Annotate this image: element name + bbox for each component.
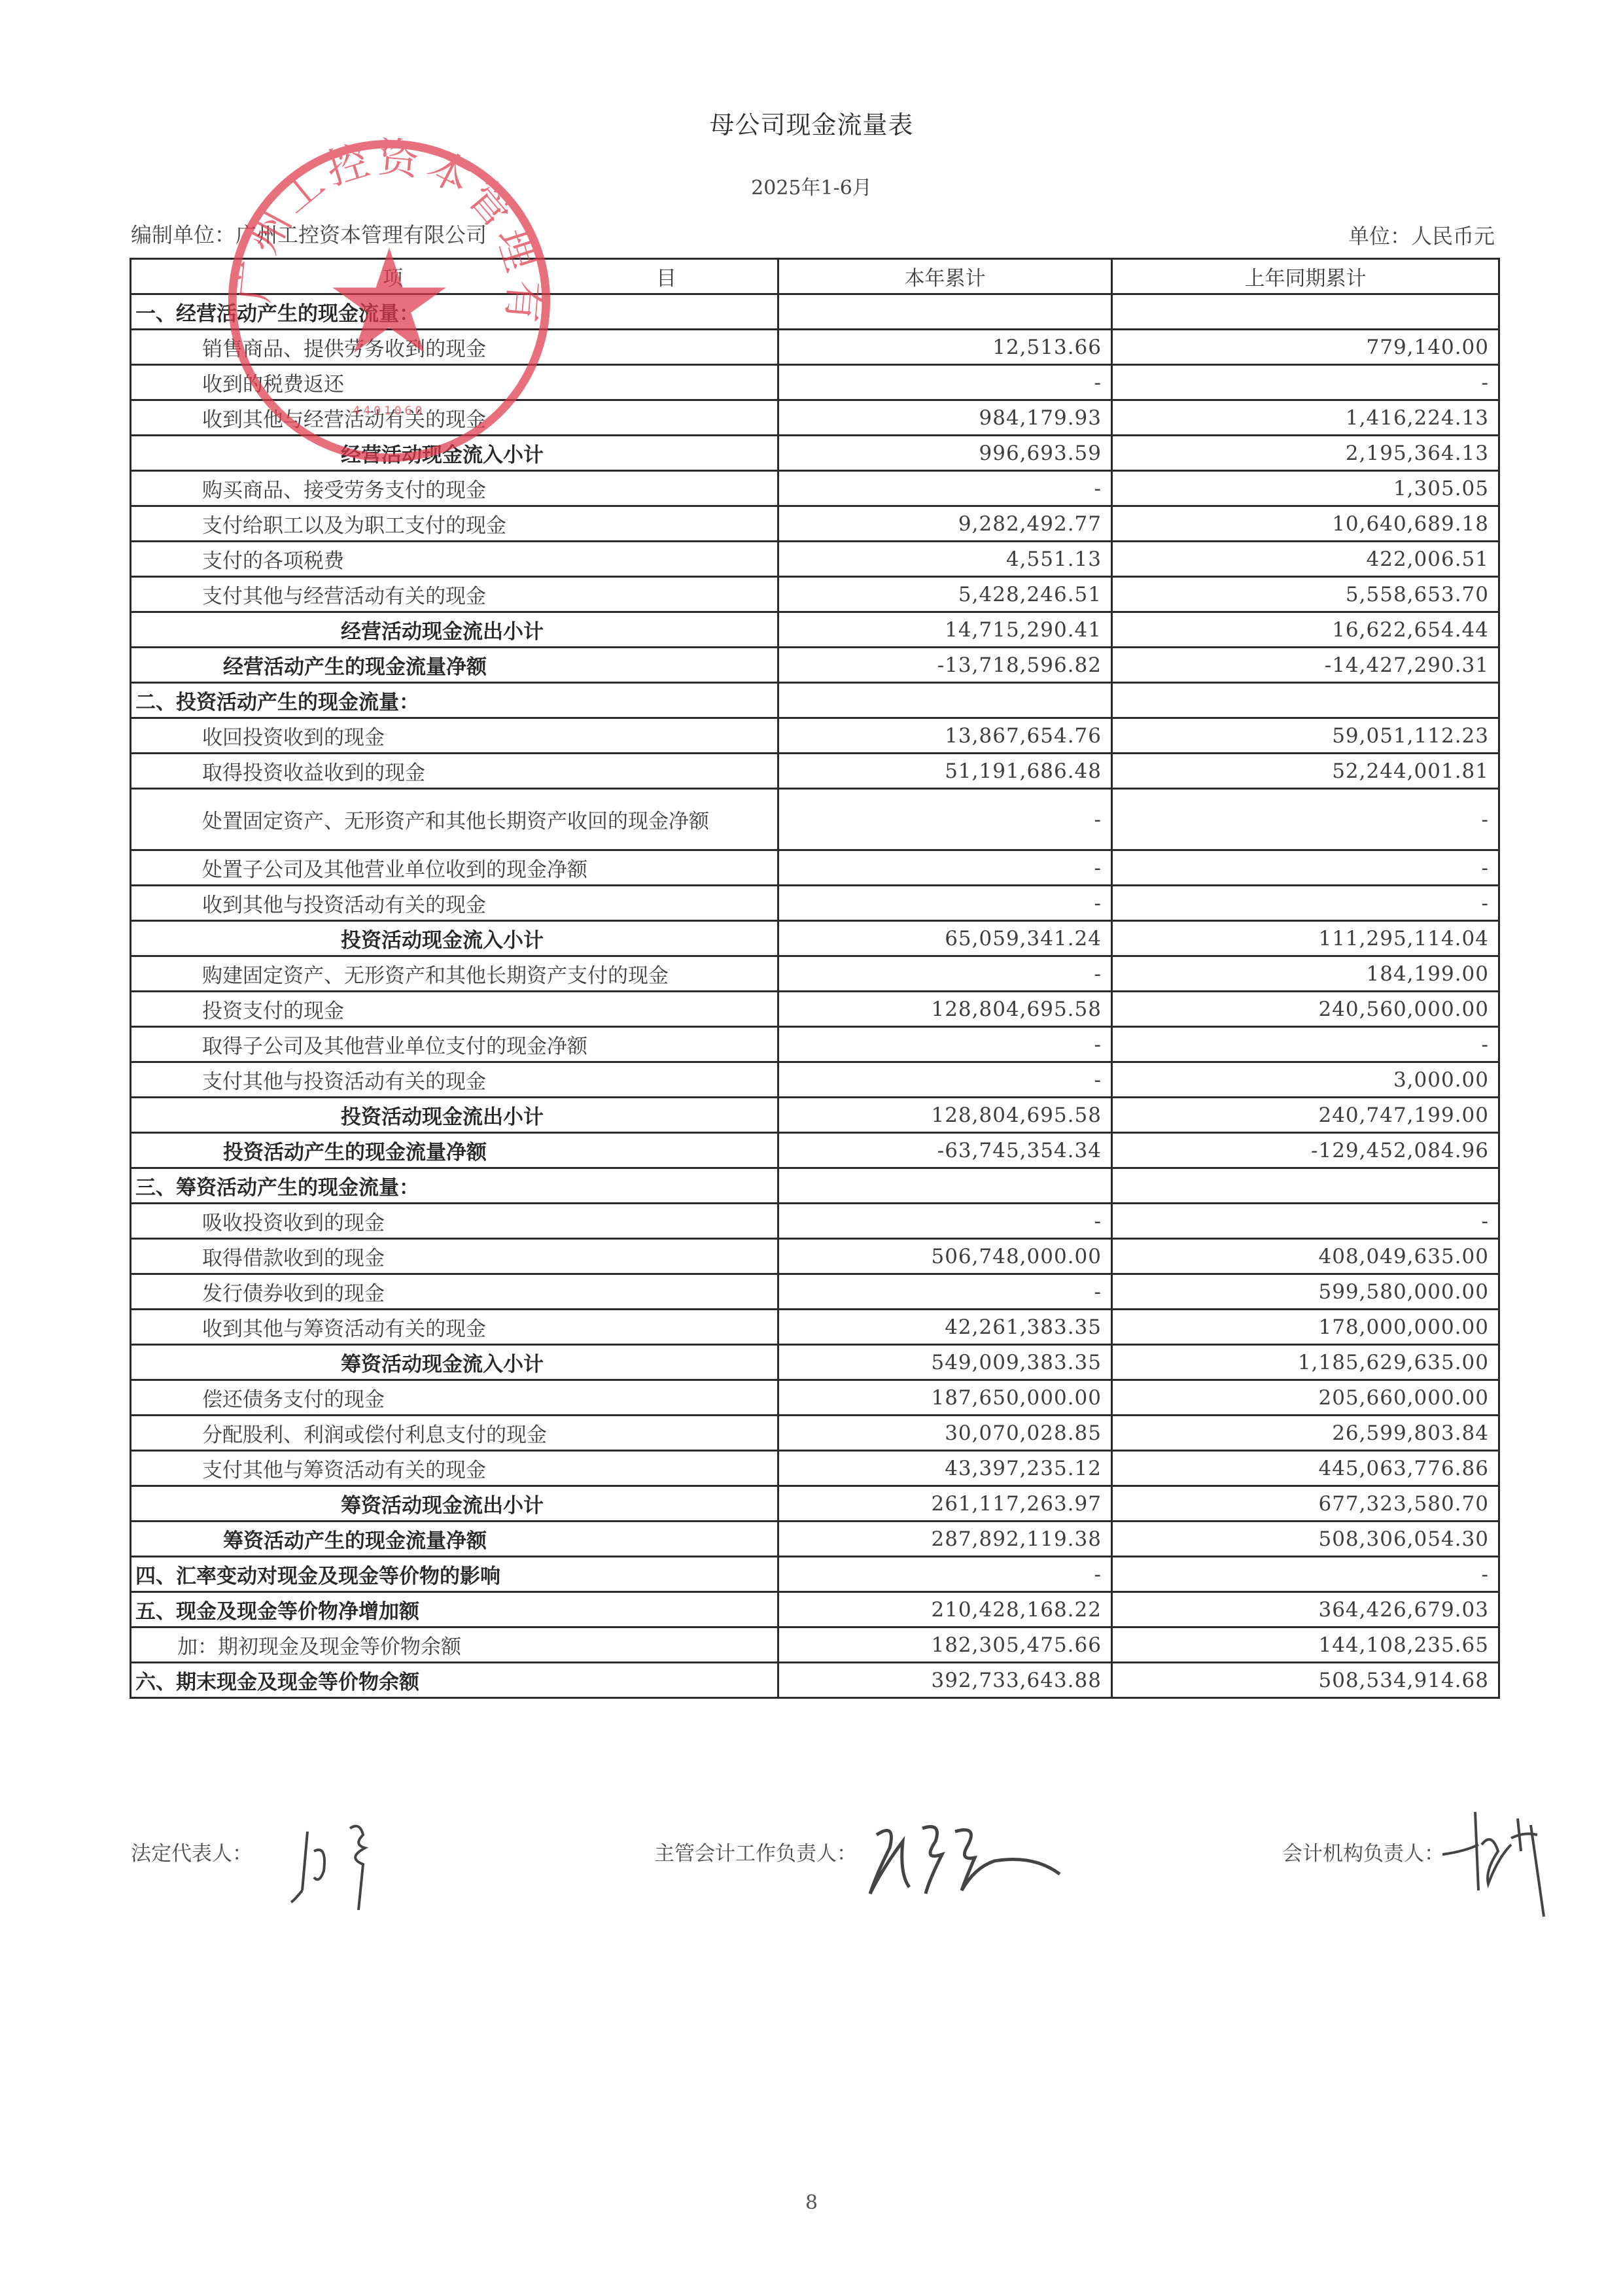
- row-current-value: 51,191,686.48: [778, 754, 1112, 789]
- table-row: 投资支付的现金128,804,695.58240,560,000.00: [131, 992, 1499, 1027]
- row-prior-value: 111,295,114.04: [1112, 921, 1499, 956]
- row-prior-value: -: [1112, 1027, 1499, 1062]
- table-row: 取得子公司及其他营业单位支付的现金净额--: [131, 1027, 1499, 1062]
- row-current-value: -13,718,596.82: [778, 648, 1112, 683]
- row-label: 收到其他与投资活动有关的现金: [131, 886, 778, 921]
- table-row: 支付其他与筹资活动有关的现金43,397,235.12445,063,776.8…: [131, 1451, 1499, 1486]
- row-current-value: 506,748,000.00: [778, 1239, 1112, 1274]
- row-label: 五、现金及现金等价物净增加额: [131, 1592, 778, 1627]
- row-prior-value: -: [1112, 365, 1499, 400]
- table-row: 收到其他与投资活动有关的现金--: [131, 886, 1499, 921]
- row-prior-value: [1112, 1168, 1499, 1204]
- row-current-value: 65,059,341.24: [778, 921, 1112, 956]
- row-label: 取得投资收益收到的现金: [131, 754, 778, 789]
- row-current-value: -: [778, 789, 1112, 850]
- row-label: 吸收投资收到的现金: [131, 1204, 778, 1239]
- row-current-value: 996,693.59: [778, 436, 1112, 471]
- row-prior-value: 779,140.00: [1112, 330, 1499, 365]
- table-row: 处置子公司及其他营业单位收到的现金净额--: [131, 850, 1499, 886]
- row-current-value: 5,428,246.51: [778, 577, 1112, 612]
- row-label: 筹资活动现金流入小计: [131, 1345, 778, 1380]
- row-current-value: -: [778, 850, 1112, 886]
- table-row: 处置固定资产、无形资产和其他长期资产收回的现金净额--: [131, 789, 1499, 850]
- row-label: 收到的税费返还: [131, 365, 778, 400]
- row-label: 销售商品、提供劳务收到的现金: [131, 330, 778, 365]
- cash-flow-table: 项 目 本年累计 上年同期累计 一、经营活动产生的现金流量：销售商品、提供劳务收…: [130, 258, 1500, 1699]
- table-row: 收到的税费返还--: [131, 365, 1499, 400]
- table-row: 一、经营活动产生的现金流量：: [131, 294, 1499, 330]
- row-prior-value: -: [1112, 789, 1499, 850]
- preparer-label: 编制单位：: [131, 222, 236, 247]
- row-label: 投资活动产生的现金流量净额: [131, 1133, 778, 1168]
- preparer-line: 编制单位：广州工控资本管理有限公司: [131, 218, 487, 249]
- row-current-value: [778, 294, 1112, 330]
- row-prior-value: 10,640,689.18: [1112, 506, 1499, 542]
- table-row: 购买商品、接受劳务支付的现金-1,305.05: [131, 471, 1499, 506]
- row-prior-value: [1112, 294, 1499, 330]
- row-current-value: 984,179.93: [778, 400, 1112, 436]
- table-row: 销售商品、提供劳务收到的现金12,513.66779,140.00: [131, 330, 1499, 365]
- row-prior-value: 178,000,000.00: [1112, 1310, 1499, 1345]
- header-current-period: 本年累计: [778, 259, 1112, 294]
- row-prior-value: -: [1112, 850, 1499, 886]
- table-row: 收回投资收到的现金13,867,654.7659,051,112.23: [131, 718, 1499, 754]
- row-current-value: 13,867,654.76: [778, 718, 1112, 754]
- row-prior-value: 2,195,364.13: [1112, 436, 1499, 471]
- table-row: 经营活动现金流出小计14,715,290.4116,622,654.44: [131, 612, 1499, 648]
- row-current-value: 287,892,119.38: [778, 1522, 1112, 1557]
- row-prior-value: -: [1112, 1204, 1499, 1239]
- row-current-value: 549,009,383.35: [778, 1345, 1112, 1380]
- table-row: 二、投资活动产生的现金流量：: [131, 683, 1499, 718]
- row-current-value: -: [778, 1557, 1112, 1592]
- row-prior-value: 26,599,803.84: [1112, 1416, 1499, 1451]
- row-label: 取得借款收到的现金: [131, 1239, 778, 1274]
- row-label: 支付的各项税费: [131, 542, 778, 577]
- row-label: 取得子公司及其他营业单位支付的现金净额: [131, 1027, 778, 1062]
- row-label: 经营活动现金流入小计: [131, 436, 778, 471]
- row-label: 投资活动现金流入小计: [131, 921, 778, 956]
- document-title: 母公司现金流量表: [0, 105, 1623, 141]
- table-header-row: 项 目 本年累计 上年同期累计: [131, 259, 1499, 294]
- row-prior-value: -: [1112, 1557, 1499, 1592]
- row-current-value: 43,397,235.12: [778, 1451, 1112, 1486]
- row-current-value: -: [778, 1204, 1112, 1239]
- row-prior-value: 16,622,654.44: [1112, 612, 1499, 648]
- table-row: 筹资活动现金流出小计261,117,263.97677,323,580.70: [131, 1486, 1499, 1522]
- table-row: 筹资活动现金流入小计549,009,383.351,185,629,635.00: [131, 1345, 1499, 1380]
- row-current-value: 128,804,695.58: [778, 992, 1112, 1027]
- row-prior-value: -14,427,290.31: [1112, 648, 1499, 683]
- row-prior-value: 408,049,635.00: [1112, 1239, 1499, 1274]
- row-current-value: 187,650,000.00: [778, 1380, 1112, 1416]
- row-prior-value: 52,244,001.81: [1112, 754, 1499, 789]
- row-current-value: 182,305,475.66: [778, 1627, 1112, 1663]
- row-current-value: [778, 1168, 1112, 1204]
- table-row: 取得借款收到的现金506,748,000.00408,049,635.00: [131, 1239, 1499, 1274]
- row-label: 筹资活动现金流出小计: [131, 1486, 778, 1522]
- row-current-value: 392,733,643.88: [778, 1663, 1112, 1698]
- row-label: 分配股利、利润或偿付利息支付的现金: [131, 1416, 778, 1451]
- accounting-head-signature: [1439, 1805, 1570, 1923]
- row-label: 三、筹资活动产生的现金流量：: [131, 1168, 778, 1204]
- row-label: 投资活动现金流出小计: [131, 1098, 778, 1133]
- header-prior-period: 上年同期累计: [1112, 259, 1499, 294]
- row-prior-value: 205,660,000.00: [1112, 1380, 1499, 1416]
- row-current-value: 210,428,168.22: [778, 1592, 1112, 1627]
- reporting-period: 2025年1-6月: [0, 171, 1623, 200]
- table-row: 分配股利、利润或偿付利息支付的现金30,070,028.8526,599,803…: [131, 1416, 1499, 1451]
- row-current-value: -: [778, 1062, 1112, 1098]
- row-label: 偿还债务支付的现金: [131, 1380, 778, 1416]
- row-current-value: -63,745,354.34: [778, 1133, 1112, 1168]
- table-row: 四、汇率变动对现金及现金等价物的影响--: [131, 1557, 1499, 1592]
- row-current-value: 9,282,492.77: [778, 506, 1112, 542]
- table-row: 收到其他与经营活动有关的现金984,179.931,416,224.13: [131, 400, 1499, 436]
- row-current-value: -: [778, 365, 1112, 400]
- row-prior-value: -: [1112, 886, 1499, 921]
- row-current-value: 30,070,028.85: [778, 1416, 1112, 1451]
- row-prior-value: 422,006.51: [1112, 542, 1499, 577]
- row-label: 二、投资活动产生的现金流量：: [131, 683, 778, 718]
- row-current-value: 14,715,290.41: [778, 612, 1112, 648]
- row-label: 收回投资收到的现金: [131, 718, 778, 754]
- header-item: 项 目: [131, 259, 778, 294]
- row-prior-value: 184,199.00: [1112, 956, 1499, 992]
- row-label: 四、汇率变动对现金及现金等价物的影响: [131, 1557, 778, 1592]
- row-current-value: 128,804,695.58: [778, 1098, 1112, 1133]
- table-row: 六、期末现金及现金等价物余额392,733,643.88508,534,914.…: [131, 1663, 1499, 1698]
- row-current-value: 4,551.13: [778, 542, 1112, 577]
- row-label: 加：期初现金及现金等价物余额: [131, 1627, 778, 1663]
- row-current-value: 261,117,263.97: [778, 1486, 1112, 1522]
- row-current-value: -: [778, 1027, 1112, 1062]
- table-row: 吸收投资收到的现金--: [131, 1204, 1499, 1239]
- table-row: 支付给职工以及为职工支付的现金9,282,492.7710,640,689.18: [131, 506, 1499, 542]
- row-prior-value: 144,108,235.65: [1112, 1627, 1499, 1663]
- signature-row: 法定代表人： 主管会计工作负责人： 会计机构负责人：: [0, 1825, 1623, 1930]
- row-label: 支付其他与筹资活动有关的现金: [131, 1451, 778, 1486]
- row-label: 筹资活动产生的现金流量净额: [131, 1522, 778, 1557]
- row-label: 经营活动现金流出小计: [131, 612, 778, 648]
- table-row: 经营活动产生的现金流量净额-13,718,596.82-14,427,290.3…: [131, 648, 1499, 683]
- row-prior-value: 1,416,224.13: [1112, 400, 1499, 436]
- row-current-value: 42,261,383.35: [778, 1310, 1112, 1345]
- table-row: 取得投资收益收到的现金51,191,686.4852,244,001.81: [131, 754, 1499, 789]
- row-label: 处置子公司及其他营业单位收到的现金净额: [131, 850, 778, 886]
- row-current-value: 12,513.66: [778, 330, 1112, 365]
- legal-representative-signature: [288, 1818, 393, 1910]
- table-row: 支付其他与投资活动有关的现金-3,000.00: [131, 1062, 1499, 1098]
- row-current-value: [778, 683, 1112, 718]
- currency-unit: 单位：人民币元: [1348, 220, 1495, 250]
- row-prior-value: 599,580,000.00: [1112, 1274, 1499, 1310]
- row-prior-value: -129,452,084.96: [1112, 1133, 1499, 1168]
- table-row: 支付其他与经营活动有关的现金5,428,246.515,558,653.70: [131, 577, 1499, 612]
- table-row: 加：期初现金及现金等价物余额182,305,475.66144,108,235.…: [131, 1627, 1499, 1663]
- page-number: 8: [0, 2191, 1623, 2214]
- row-label: 一、经营活动产生的现金流量：: [131, 294, 778, 330]
- row-prior-value: 1,305.05: [1112, 471, 1499, 506]
- row-current-value: -: [778, 956, 1112, 992]
- row-label: 支付其他与投资活动有关的现金: [131, 1062, 778, 1098]
- table-row: 三、筹资活动产生的现金流量：: [131, 1168, 1499, 1204]
- row-prior-value: [1112, 683, 1499, 718]
- table-row: 购建固定资产、无形资产和其他长期资产支付的现金-184,199.00: [131, 956, 1499, 992]
- row-label: 六、期末现金及现金等价物余额: [131, 1663, 778, 1698]
- table-row: 五、现金及现金等价物净增加额210,428,168.22364,426,679.…: [131, 1592, 1499, 1627]
- row-label: 支付给职工以及为职工支付的现金: [131, 506, 778, 542]
- table-row: 偿还债务支付的现金187,650,000.00205,660,000.00: [131, 1380, 1499, 1416]
- table-row: 筹资活动产生的现金流量净额287,892,119.38508,306,054.3…: [131, 1522, 1499, 1557]
- row-label: 经营活动产生的现金流量净额: [131, 648, 778, 683]
- row-label: 购买商品、接受劳务支付的现金: [131, 471, 778, 506]
- row-prior-value: 508,534,914.68: [1112, 1663, 1499, 1698]
- preparer-name: 广州工控资本管理有限公司: [236, 222, 487, 247]
- row-prior-value: 3,000.00: [1112, 1062, 1499, 1098]
- row-prior-value: 364,426,679.03: [1112, 1592, 1499, 1627]
- table-row: 收到其他与筹资活动有关的现金42,261,383.35178,000,000.0…: [131, 1310, 1499, 1345]
- row-prior-value: 240,560,000.00: [1112, 992, 1499, 1027]
- chief-accountant-label: 主管会计工作负责人：: [654, 1837, 857, 1866]
- row-prior-value: 5,558,653.70: [1112, 577, 1499, 612]
- row-label: 支付其他与经营活动有关的现金: [131, 577, 778, 612]
- table-row: 投资活动现金流入小计65,059,341.24111,295,114.04: [131, 921, 1499, 956]
- table-row: 发行债券收到的现金-599,580,000.00: [131, 1274, 1499, 1310]
- table-row: 支付的各项税费4,551.13422,006.51: [131, 542, 1499, 577]
- table-row: 投资活动产生的现金流量净额-63,745,354.34-129,452,084.…: [131, 1133, 1499, 1168]
- row-prior-value: 59,051,112.23: [1112, 718, 1499, 754]
- row-current-value: -: [778, 886, 1112, 921]
- legal-representative-label: 法定代表人：: [131, 1837, 253, 1866]
- accounting-head-label: 会计机构负责人：: [1282, 1837, 1444, 1866]
- row-label: 收到其他与经营活动有关的现金: [131, 400, 778, 436]
- row-label: 购建固定资产、无形资产和其他长期资产支付的现金: [131, 956, 778, 992]
- row-prior-value: 445,063,776.86: [1112, 1451, 1499, 1486]
- table-row: 投资活动现金流出小计128,804,695.58240,747,199.00: [131, 1098, 1499, 1133]
- row-label: 处置固定资产、无形资产和其他长期资产收回的现金净额: [131, 789, 778, 850]
- row-label: 投资支付的现金: [131, 992, 778, 1027]
- row-prior-value: 240,747,199.00: [1112, 1098, 1499, 1133]
- row-prior-value: 677,323,580.70: [1112, 1486, 1499, 1522]
- row-prior-value: 508,306,054.30: [1112, 1522, 1499, 1557]
- row-current-value: -: [778, 1274, 1112, 1310]
- table-row: 经营活动现金流入小计996,693.592,195,364.13: [131, 436, 1499, 471]
- row-prior-value: 1,185,629,635.00: [1112, 1345, 1499, 1380]
- row-label: 收到其他与筹资活动有关的现金: [131, 1310, 778, 1345]
- row-current-value: -: [778, 471, 1112, 506]
- row-label: 发行债券收到的现金: [131, 1274, 778, 1310]
- chief-accountant-signature: [864, 1815, 1086, 1913]
